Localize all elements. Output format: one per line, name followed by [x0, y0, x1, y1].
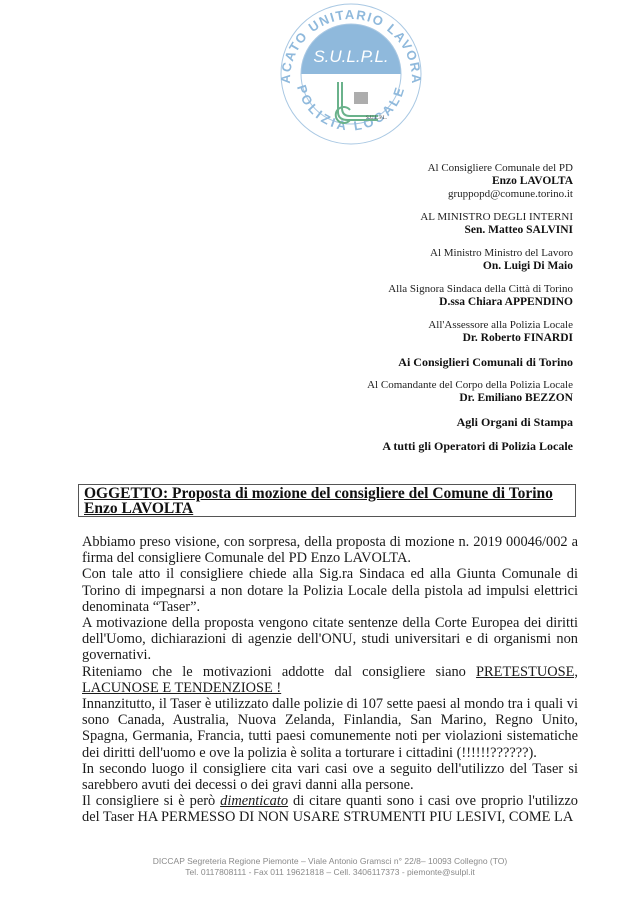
paragraph-3: A motivazione della proposta vengono cit… [82, 615, 578, 664]
paragraph-2: Con tale atto il consigliere chiede alla… [82, 566, 578, 615]
recipient-role: All'Assessore alla Polizia Locale [253, 319, 573, 332]
recipient-email: gruppopd@comune.torino.it [253, 188, 573, 201]
recipient-role: AL MINISTRO DEGLI INTERNI [253, 211, 573, 224]
footer-contacts: Tel. 0117808111 - Fax 011 19621818 – Cel… [100, 867, 560, 878]
subject-box: OGGETTO: Proposta di mozione del consigl… [78, 484, 576, 517]
recipient-block: Ai Consiglieri Comunali di Torino [253, 355, 573, 369]
emphasis-italic: dimenticato [220, 793, 288, 809]
letter-footer: DICCAP Segreteria Regione Piemonte – Via… [100, 856, 560, 878]
recipient-block: Al Consigliere Comunale del PDEnzo LAVOL… [253, 162, 573, 201]
logo-figure [354, 92, 368, 104]
recipient-block: A tutti gli Operatori di Polizia Locale [253, 439, 573, 453]
logo-center-text: S.U.L.P.L. [313, 47, 388, 66]
recipient-block: Al Ministro Ministro del LavoroOn. Luigi… [253, 247, 573, 273]
logo-small-text: S.U.L.P.L. [366, 116, 387, 121]
paragraph-7: Il consigliere si è però dimenticato di … [82, 793, 578, 825]
letter-body: Abbiamo preso visione, con sorpresa, del… [82, 534, 578, 826]
recipient-role: Al Comandante del Corpo della Polizia Lo… [253, 379, 573, 392]
recipient-group: Ai Consiglieri Comunali di Torino [253, 355, 573, 369]
sulpl-logo: SINDACATO UNITARIO LAVORATORI POLIZIA LO… [268, 2, 434, 148]
recipient-block: Al Comandante del Corpo della Polizia Lo… [253, 379, 573, 405]
paragraph-4: Riteniamo che le motivazioni addotte dal… [82, 664, 578, 696]
recipient-block: AL MINISTRO DEGLI INTERNISen. Matteo SAL… [253, 211, 573, 237]
recipient-group: Agli Organi di Stampa [253, 415, 573, 429]
recipients-list: Al Consigliere Comunale del PDEnzo LAVOL… [253, 162, 573, 463]
subject-text: OGGETTO: Proposta di mozione del consigl… [84, 485, 553, 517]
recipient-name: D.ssa Chiara APPENDINO [253, 296, 573, 309]
footer-address: DICCAP Segreteria Regione Piemonte – Via… [100, 856, 560, 867]
recipient-name: On. Luigi Di Maio [253, 260, 573, 273]
recipient-role: Alla Signora Sindaca della Città di Tori… [253, 283, 573, 296]
recipient-block: Agli Organi di Stampa [253, 415, 573, 429]
paragraph-5: Innanzitutto, il Taser è utilizzato dall… [82, 696, 578, 761]
recipient-role: Al Consigliere Comunale del PD [253, 162, 573, 175]
recipient-block: Alla Signora Sindaca della Città di Tori… [253, 283, 573, 309]
paragraph-1: Abbiamo preso visione, con sorpresa, del… [82, 534, 578, 566]
recipient-name: Dr. Emiliano BEZZON [253, 392, 573, 405]
paragraph-6: In secondo luogo il consigliere cita var… [82, 761, 578, 793]
recipient-group: A tutti gli Operatori di Polizia Locale [253, 439, 573, 453]
recipient-name: Enzo LAVOLTA [253, 175, 573, 188]
recipient-role: Al Ministro Ministro del Lavoro [253, 247, 573, 260]
recipient-name: Sen. Matteo SALVINI [253, 224, 573, 237]
recipient-name: Dr. Roberto FINARDI [253, 332, 573, 345]
recipient-block: All'Assessore alla Polizia LocaleDr. Rob… [253, 319, 573, 345]
